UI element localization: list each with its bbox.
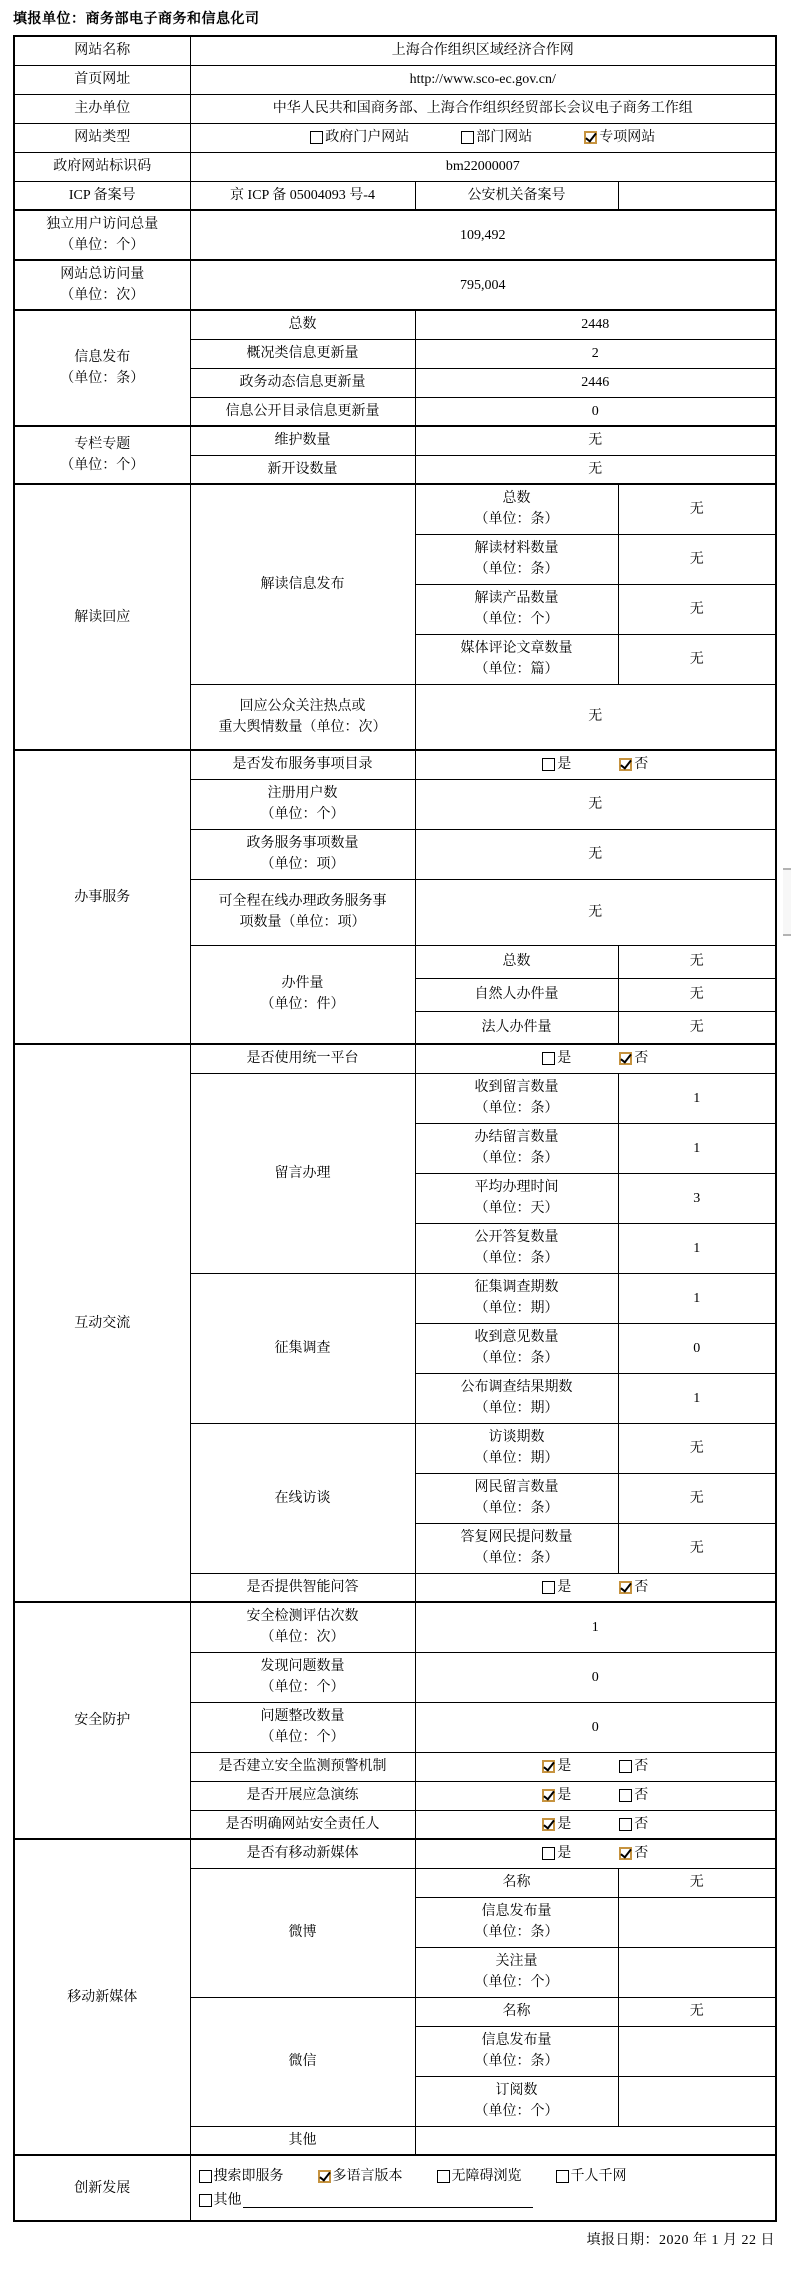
messages-completed-label-line: （单位：条） bbox=[419, 1148, 615, 1169]
opinions-received-value: 0 bbox=[618, 1323, 776, 1373]
public-replies-label-line: 公开答复数量 bbox=[419, 1227, 615, 1248]
monitoring-mechanism-no-label: 否 bbox=[634, 1756, 648, 1777]
weibo-posts-value bbox=[618, 1897, 776, 1947]
security-officer-no-checkbox-icon bbox=[619, 1818, 632, 1831]
hotspot-response-value: 无 bbox=[415, 684, 776, 750]
checkbox-row: 是否 bbox=[419, 1756, 773, 1777]
report-table: 网站名称上海合作组织区域经济合作网首页网址http://www.sco-ec.g… bbox=[13, 35, 777, 2222]
special-column-group-line: 专栏专题 bbox=[18, 434, 187, 455]
unique-visitors-label-line: 独立用户访问总量 bbox=[18, 214, 187, 235]
public-replies-label: 公开答复数量（单位：条） bbox=[415, 1223, 618, 1273]
checkbox-personalized-web[interactable]: 千人千网 bbox=[556, 2166, 627, 2187]
opinions-received-label: 收到意见数量（单位：条） bbox=[415, 1323, 618, 1373]
questions-answered-label-line: （单位：条） bbox=[419, 1548, 615, 1569]
wechat-name-value: 无 bbox=[618, 1997, 776, 2026]
checkbox-smart-qa-no[interactable]: 否 bbox=[619, 1577, 648, 1598]
search-as-service-checkbox-icon bbox=[199, 2170, 212, 2183]
hotspot-response-label-line: 重大舆情数量（单位：次） bbox=[194, 717, 412, 738]
survey-results-value: 1 bbox=[618, 1373, 776, 1423]
unified-platform-yes-checkbox-icon bbox=[542, 1052, 555, 1065]
case-volume-group: 办件量（单位：件） bbox=[190, 945, 415, 1044]
table-row: 独立用户访问总量（单位：个）109,492 bbox=[14, 210, 776, 260]
messages-received-label-line: （单位：条） bbox=[419, 1098, 615, 1119]
interview-periods-label-line: （单位：期） bbox=[419, 1448, 615, 1469]
message-handling-group: 留言办理 bbox=[190, 1073, 415, 1273]
opinions-received-label-line: 收到意见数量 bbox=[419, 1327, 615, 1348]
service-items-label: 政务服务事项数量（单位：项） bbox=[190, 829, 415, 879]
messages-completed-value: 1 bbox=[618, 1123, 776, 1173]
checkbox-has-mobile-media-no[interactable]: 否 bbox=[619, 1843, 648, 1864]
emergency-drill-no-label: 否 bbox=[634, 1785, 648, 1806]
monitoring-mechanism-yes-label: 是 bbox=[557, 1756, 571, 1777]
monitoring-mechanism-no-checkbox-icon bbox=[619, 1760, 632, 1773]
unified-platform-yes-label: 是 bbox=[557, 1048, 571, 1069]
online-service-items-value: 无 bbox=[415, 879, 776, 945]
checkbox-multilingual-version[interactable]: 多语言版本 bbox=[318, 2166, 403, 2187]
personalized-web-label: 千人千网 bbox=[571, 2166, 627, 2187]
checkbox-row: 是否 bbox=[419, 1785, 773, 1806]
case-total-value: 无 bbox=[618, 945, 776, 978]
icp-number-label: ICP 备案号 bbox=[14, 181, 190, 210]
security-officer: 是否 bbox=[415, 1810, 776, 1839]
questions-answered-value: 无 bbox=[618, 1523, 776, 1573]
info-release-group-line: （单位：条） bbox=[18, 368, 187, 389]
emergency-drill-yes-checkbox-icon bbox=[542, 1789, 555, 1802]
wechat-posts-label-line: （单位：条） bbox=[419, 2051, 615, 2072]
interp-material-label-line: （单位：条） bbox=[419, 559, 615, 580]
interp-material-value: 无 bbox=[618, 534, 776, 584]
total-visits-label-line: （单位：次） bbox=[18, 285, 187, 306]
weibo-followers-label: 关注量（单位：个） bbox=[415, 1947, 618, 1997]
police-record-label: 公安机关备案号 bbox=[415, 181, 618, 210]
netizen-messages-label: 网民留言数量（单位：条） bbox=[415, 1473, 618, 1523]
wechat-posts-label-line: 信息发布量 bbox=[419, 2030, 615, 2051]
checkbox-search-as-service[interactable]: 搜索即服务 bbox=[199, 2166, 284, 2187]
wechat-posts-value bbox=[618, 2026, 776, 2076]
accessible-browsing-label: 无障碍浏览 bbox=[452, 2166, 522, 2187]
total-visits-value: 795,004 bbox=[190, 260, 776, 310]
avg-handle-time-label-line: （单位：天） bbox=[419, 1198, 615, 1219]
messages-completed-label-line: 办结留言数量 bbox=[419, 1127, 615, 1148]
avg-handle-time-label: 平均办理时间（单位：天） bbox=[415, 1173, 618, 1223]
table-row: 网站类型政府门户网站部门网站专项网站 bbox=[14, 123, 776, 152]
info-total-label: 总数 bbox=[190, 310, 415, 339]
service-directory-no-checkbox-icon bbox=[619, 758, 632, 771]
report-date: 填报日期：2020 年 1 月 22 日 bbox=[13, 2229, 775, 2249]
legal-person-cases-value: 无 bbox=[618, 1011, 776, 1044]
has-mobile-media: 是否 bbox=[415, 1839, 776, 1868]
online-service-items-label-line: 项数量（单位：项） bbox=[194, 912, 412, 933]
interaction-group: 互动交流 bbox=[14, 1044, 190, 1602]
multilingual-version-label: 多语言版本 bbox=[333, 2166, 403, 2187]
media-comment-label-line: 媒体评论文章数量 bbox=[419, 638, 615, 659]
weibo-posts-label: 信息发布量（单位：条） bbox=[415, 1897, 618, 1947]
checkbox-accessible-browsing[interactable]: 无障碍浏览 bbox=[437, 2166, 522, 2187]
table-row: 主办单位中华人民共和国商务部、上海合作组织经贸部长会议电子商务工作组 bbox=[14, 94, 776, 123]
problems-fixed-value: 0 bbox=[415, 1702, 776, 1752]
innovation-other-checkbox-icon bbox=[199, 2194, 212, 2207]
online-service-items-label-line: 可全程在线办理政务服务事 bbox=[194, 891, 412, 912]
table-row: 信息发布（单位：条）总数2448 bbox=[14, 310, 776, 339]
security-checks-label-line: （单位：次） bbox=[194, 1627, 412, 1648]
smart-qa-yes-checkbox-icon bbox=[542, 1581, 555, 1594]
interp-total-label-line: 总数 bbox=[419, 488, 615, 509]
natural-person-cases-label: 自然人办件量 bbox=[415, 978, 618, 1011]
interp-material-label-line: 解读材料数量 bbox=[419, 538, 615, 559]
innovation-group: 创新发展 bbox=[14, 2155, 190, 2221]
problems-found-value: 0 bbox=[415, 1652, 776, 1702]
wechat-subscribers-value bbox=[618, 2076, 776, 2126]
interp-product-label-line: 解读产品数量 bbox=[419, 588, 615, 609]
checkbox-unified-platform-yes[interactable]: 是 bbox=[542, 1048, 571, 1069]
interpretation-release-group: 解读信息发布 bbox=[190, 484, 415, 684]
mobile-media-group: 移动新媒体 bbox=[14, 1839, 190, 2155]
has-mobile-media-no-label: 否 bbox=[634, 1843, 648, 1864]
checkbox-department-site[interactable]: 部门网站 bbox=[461, 127, 532, 148]
smart-qa-label: 是否提供智能问答 bbox=[190, 1573, 415, 1602]
interp-product-value: 无 bbox=[618, 584, 776, 634]
checkbox-smart-qa-yes[interactable]: 是 bbox=[542, 1577, 571, 1598]
survey-periods-value: 1 bbox=[618, 1273, 776, 1323]
table-row: 办事服务是否发布服务事项目录是否 bbox=[14, 750, 776, 779]
gov-portal-site-checkbox-icon bbox=[310, 131, 323, 144]
public-replies-label-line: （单位：条） bbox=[419, 1248, 615, 1269]
site-name-label: 网站名称 bbox=[14, 36, 190, 65]
checkbox-monitoring-mechanism-yes[interactable]: 是 bbox=[542, 1756, 571, 1777]
registered-users-label: 注册用户数（单位：个） bbox=[190, 779, 415, 829]
service-directory-no-label: 否 bbox=[634, 754, 648, 775]
checkbox-monitoring-mechanism-no[interactable]: 否 bbox=[619, 1756, 648, 1777]
natural-person-cases-value: 无 bbox=[618, 978, 776, 1011]
service-group: 办事服务 bbox=[14, 750, 190, 1044]
unique-visitors-label: 独立用户访问总量（单位：个） bbox=[14, 210, 190, 260]
info-release-group: 信息发布（单位：条） bbox=[14, 310, 190, 426]
checkbox-emergency-drill-yes[interactable]: 是 bbox=[542, 1785, 571, 1806]
checkbox-row: 搜索即服务多语言版本无障碍浏览千人千网 bbox=[194, 2166, 773, 2187]
weibo-followers-value bbox=[618, 1947, 776, 1997]
table-row: 首页网址http://www.sco-ec.gov.cn/ bbox=[14, 65, 776, 94]
gov-news-update-value: 2446 bbox=[415, 368, 776, 397]
checkbox-unified-platform-no[interactable]: 否 bbox=[619, 1048, 648, 1069]
problems-found-label: 发现问题数量（单位：个） bbox=[190, 1652, 415, 1702]
registered-users-label-line: （单位：个） bbox=[194, 804, 412, 825]
weibo-posts-label-line: 信息发布量 bbox=[419, 1901, 615, 1922]
table-row: 政府网站标识码bm22000007 bbox=[14, 152, 776, 181]
checkbox-innovation-other[interactable]: 其他 bbox=[199, 2190, 533, 2211]
icp-number-value: 京 ICP 备 05004093 号-4 bbox=[190, 181, 415, 210]
table-row: 移动新媒体是否有移动新媒体是否 bbox=[14, 1839, 776, 1868]
messages-completed-label: 办结留言数量（单位：条） bbox=[415, 1123, 618, 1173]
table-row: 网站总访问量（单位：次）795,004 bbox=[14, 260, 776, 310]
security-officer-yes-checkbox-icon bbox=[542, 1818, 555, 1831]
service-directory: 是否 bbox=[415, 750, 776, 779]
unified-platform-no-checkbox-icon bbox=[619, 1052, 632, 1065]
problems-fixed-label-line: （单位：个） bbox=[194, 1727, 412, 1748]
messages-received-value: 1 bbox=[618, 1073, 776, 1123]
security-checks-label: 安全检测评估次数（单位：次） bbox=[190, 1602, 415, 1652]
service-directory-yes-checkbox-icon bbox=[542, 758, 555, 771]
netizen-messages-label-line: 网民留言数量 bbox=[419, 1477, 615, 1498]
checkbox-row: 是否 bbox=[419, 754, 773, 775]
checkbox-gov-portal-site[interactable]: 政府门户网站 bbox=[310, 127, 409, 148]
info-total-value: 2448 bbox=[415, 310, 776, 339]
table-row: 解读回应解读信息发布总数（单位：条）无 bbox=[14, 484, 776, 534]
unique-visitors-value: 109,492 bbox=[190, 210, 776, 260]
emergency-drill: 是否 bbox=[415, 1781, 776, 1810]
unified-platform: 是否 bbox=[415, 1044, 776, 1073]
multilingual-version-checkbox-icon bbox=[318, 2170, 331, 2183]
has-mobile-media-no-checkbox-icon bbox=[619, 1847, 632, 1860]
total-visits-label-line: 网站总访问量 bbox=[18, 264, 187, 285]
search-as-service-label: 搜索即服务 bbox=[214, 2166, 284, 2187]
unified-platform-label: 是否使用统一平台 bbox=[190, 1044, 415, 1073]
survey-results-label-line: 公布调查结果期数 bbox=[419, 1377, 615, 1398]
avg-handle-time-label-line: 平均办理时间 bbox=[419, 1177, 615, 1198]
checkbox-service-directory-yes[interactable]: 是 bbox=[542, 754, 571, 775]
security-checks-value: 1 bbox=[415, 1602, 776, 1652]
hotspot-response-label: 回应公众关注热点或重大舆情数量（单位：次） bbox=[190, 684, 415, 750]
checkbox-service-directory-no[interactable]: 否 bbox=[619, 754, 648, 775]
avg-handle-time-value: 3 bbox=[618, 1173, 776, 1223]
messages-received-label: 收到留言数量（单位：条） bbox=[415, 1073, 618, 1123]
wechat-group: 微信 bbox=[190, 1997, 415, 2126]
interp-material-label: 解读材料数量（单位：条） bbox=[415, 534, 618, 584]
organizer-value: 中华人民共和国商务部、上海合作组织经贸部长会议电子商务工作组 bbox=[190, 94, 776, 123]
weibo-followers-label-line: （单位：个） bbox=[419, 1972, 615, 1993]
survey-periods-label-line: 征集调查期数 bbox=[419, 1277, 615, 1298]
special-column-group: 专栏专题（单位：个） bbox=[14, 426, 190, 484]
table-row: 网站名称上海合作组织区域经济合作网 bbox=[14, 36, 776, 65]
monitoring-mechanism: 是否 bbox=[415, 1752, 776, 1781]
smart-qa: 是否 bbox=[415, 1573, 776, 1602]
checkbox-has-mobile-media-yes[interactable]: 是 bbox=[542, 1843, 571, 1864]
questions-answered-label: 答复网民提问数量（单位：条） bbox=[415, 1523, 618, 1573]
checkbox-special-site[interactable]: 专项网站 bbox=[584, 127, 655, 148]
interview-group: 在线访谈 bbox=[190, 1423, 415, 1573]
problems-fixed-label: 问题整改数量（单位：个） bbox=[190, 1702, 415, 1752]
interview-periods-label-line: 访谈期数 bbox=[419, 1427, 615, 1448]
unique-visitors-label-line: （单位：个） bbox=[18, 235, 187, 256]
site-type-options: 政府门户网站部门网站专项网站 bbox=[190, 123, 776, 152]
problems-fixed-label-line: 问题整改数量 bbox=[194, 1706, 412, 1727]
weibo-group: 微博 bbox=[190, 1868, 415, 1997]
special-site-checkbox-icon bbox=[584, 131, 597, 144]
registered-users-label-line: 注册用户数 bbox=[194, 783, 412, 804]
security-officer-no-label: 否 bbox=[634, 1814, 648, 1835]
site-id-code-label: 政府网站标识码 bbox=[14, 152, 190, 181]
other-media-value bbox=[415, 2126, 776, 2155]
survey-periods-label-line: （单位：期） bbox=[419, 1298, 615, 1319]
survey-periods-label: 征集调查期数（单位：期） bbox=[415, 1273, 618, 1323]
has-mobile-media-label: 是否有移动新媒体 bbox=[190, 1839, 415, 1868]
organizer-label: 主办单位 bbox=[14, 94, 190, 123]
gov-portal-site-label: 政府门户网站 bbox=[325, 127, 409, 148]
problems-found-label-line: 发现问题数量 bbox=[194, 1656, 412, 1677]
reporting-unit: 填报单位：商务部电子商务和信息化司 bbox=[13, 8, 775, 28]
new-opened-count-label: 新开设数量 bbox=[190, 455, 415, 484]
personalized-web-checkbox-icon bbox=[556, 2170, 569, 2183]
checkbox-row: 是否 bbox=[419, 1048, 773, 1069]
new-opened-count-value: 无 bbox=[415, 455, 776, 484]
info-release-group-line: 信息发布 bbox=[18, 347, 187, 368]
special-column-group-line: （单位：个） bbox=[18, 455, 187, 476]
table-row: 创新发展搜索即服务多语言版本无障碍浏览千人千网其他 bbox=[14, 2155, 776, 2221]
service-items-label-line: 政务服务事项数量 bbox=[194, 833, 412, 854]
checkbox-row: 政府门户网站部门网站专项网站 bbox=[194, 127, 773, 148]
interview-periods-label: 访谈期数（单位：期） bbox=[415, 1423, 618, 1473]
table-row: 安全防护安全检测评估次数（单位：次）1 bbox=[14, 1602, 776, 1652]
monitoring-mechanism-label: 是否建立安全监测预警机制 bbox=[190, 1752, 415, 1781]
annual-report-page: 填报单位：商务部电子商务和信息化司 网站名称上海合作组织区域经济合作网首页网址h… bbox=[0, 0, 792, 2249]
smart-qa-no-checkbox-icon bbox=[619, 1581, 632, 1594]
gov-news-update-label: 政务动态信息更新量 bbox=[190, 368, 415, 397]
security-officer-label: 是否明确网站安全责任人 bbox=[190, 1810, 415, 1839]
weibo-name-label: 名称 bbox=[415, 1868, 618, 1897]
service-directory-yes-label: 是 bbox=[557, 754, 571, 775]
survey-results-label: 公布调查结果期数（单位：期） bbox=[415, 1373, 618, 1423]
case-total-label: 总数 bbox=[415, 945, 618, 978]
media-comment-label-line: （单位：篇） bbox=[419, 659, 615, 680]
wechat-subscribers-label-line: 订阅数 bbox=[419, 2080, 615, 2101]
service-items-value: 无 bbox=[415, 829, 776, 879]
checkbox-security-officer-yes[interactable]: 是 bbox=[542, 1814, 571, 1835]
registered-users-value: 无 bbox=[415, 779, 776, 829]
report-table-body: 网站名称上海合作组织区域经济合作网首页网址http://www.sco-ec.g… bbox=[14, 36, 776, 2221]
site-type-label: 网站类型 bbox=[14, 123, 190, 152]
opinions-received-label-line: （单位：条） bbox=[419, 1348, 615, 1369]
security-group: 安全防护 bbox=[14, 1602, 190, 1839]
overview-update-value: 2 bbox=[415, 339, 776, 368]
department-site-checkbox-icon bbox=[461, 131, 474, 144]
has-mobile-media-yes-checkbox-icon bbox=[542, 1847, 555, 1860]
site-id-code-value: bm22000007 bbox=[190, 152, 776, 181]
has-mobile-media-yes-label: 是 bbox=[557, 1843, 571, 1864]
netizen-messages-value: 无 bbox=[618, 1473, 776, 1523]
netizen-messages-label-line: （单位：条） bbox=[419, 1498, 615, 1519]
emergency-drill-yes-label: 是 bbox=[557, 1785, 571, 1806]
wechat-name-label: 名称 bbox=[415, 1997, 618, 2026]
checkbox-emergency-drill-no[interactable]: 否 bbox=[619, 1785, 648, 1806]
table-row: 专栏专题（单位：个）维护数量无 bbox=[14, 426, 776, 455]
scrollbar-thumb[interactable] bbox=[783, 868, 791, 936]
interpretation-group: 解读回应 bbox=[14, 484, 190, 750]
homepage-url-label: 首页网址 bbox=[14, 65, 190, 94]
messages-received-label-line: 收到留言数量 bbox=[419, 1077, 615, 1098]
case-volume-group-line: 办件量 bbox=[194, 973, 412, 994]
online-service-items-label: 可全程在线办理政务服务事项数量（单位：项） bbox=[190, 879, 415, 945]
case-volume-group-line: （单位：件） bbox=[194, 994, 412, 1015]
police-record-value bbox=[618, 181, 776, 210]
legal-person-cases-label: 法人办件量 bbox=[415, 1011, 618, 1044]
innovation-options: 搜索即服务多语言版本无障碍浏览千人千网其他 bbox=[190, 2155, 776, 2221]
total-visits-label: 网站总访问量（单位：次） bbox=[14, 260, 190, 310]
interview-periods-value: 无 bbox=[618, 1423, 776, 1473]
survey-group: 征集调查 bbox=[190, 1273, 415, 1423]
site-name-value: 上海合作组织区域经济合作网 bbox=[190, 36, 776, 65]
checkbox-row: 是否 bbox=[419, 1577, 773, 1598]
emergency-drill-label: 是否开展应急演练 bbox=[190, 1781, 415, 1810]
problems-found-label-line: （单位：个） bbox=[194, 1677, 412, 1698]
security-officer-yes-label: 是 bbox=[557, 1814, 571, 1835]
wechat-subscribers-label-line: （单位：个） bbox=[419, 2101, 615, 2122]
media-comment-label: 媒体评论文章数量（单位：篇） bbox=[415, 634, 618, 684]
monitoring-mechanism-yes-checkbox-icon bbox=[542, 1760, 555, 1773]
wechat-posts-label: 信息发布量（单位：条） bbox=[415, 2026, 618, 2076]
security-checks-label-line: 安全检测评估次数 bbox=[194, 1606, 412, 1627]
interp-product-label: 解读产品数量（单位：个） bbox=[415, 584, 618, 634]
interp-total-label: 总数（单位：条） bbox=[415, 484, 618, 534]
other-media-label: 其他 bbox=[190, 2126, 415, 2155]
checkbox-row: 是否 bbox=[419, 1843, 773, 1864]
service-directory-label: 是否发布服务事项目录 bbox=[190, 750, 415, 779]
survey-results-label-line: （单位：期） bbox=[419, 1398, 615, 1419]
accessible-browsing-checkbox-icon bbox=[437, 2170, 450, 2183]
media-comment-value: 无 bbox=[618, 634, 776, 684]
overview-update-label: 概况类信息更新量 bbox=[190, 339, 415, 368]
table-row: 互动交流是否使用统一平台是否 bbox=[14, 1044, 776, 1073]
interp-product-label-line: （单位：个） bbox=[419, 609, 615, 630]
emergency-drill-no-checkbox-icon bbox=[619, 1789, 632, 1802]
smart-qa-yes-label: 是 bbox=[557, 1577, 571, 1598]
weibo-name-value: 无 bbox=[618, 1868, 776, 1897]
wechat-subscribers-label: 订阅数（单位：个） bbox=[415, 2076, 618, 2126]
special-site-label: 专项网站 bbox=[599, 127, 655, 148]
checkbox-row: 是否 bbox=[419, 1814, 773, 1835]
questions-answered-label-line: 答复网民提问数量 bbox=[419, 1527, 615, 1548]
maintained-count-label: 维护数量 bbox=[190, 426, 415, 455]
table-row: ICP 备案号京 ICP 备 05004093 号-4公安机关备案号 bbox=[14, 181, 776, 210]
innovation-other-blank-line bbox=[243, 2192, 533, 2208]
weibo-posts-label-line: （单位：条） bbox=[419, 1922, 615, 1943]
weibo-followers-label-line: 关注量 bbox=[419, 1951, 615, 1972]
smart-qa-no-label: 否 bbox=[634, 1577, 648, 1598]
innovation-other-label: 其他 bbox=[214, 2190, 242, 2211]
hotspot-response-label-line: 回应公众关注热点或 bbox=[194, 696, 412, 717]
service-items-label-line: （单位：项） bbox=[194, 854, 412, 875]
open-catalog-update-value: 0 bbox=[415, 397, 776, 426]
public-replies-value: 1 bbox=[618, 1223, 776, 1273]
homepage-url-value: http://www.sco-ec.gov.cn/ bbox=[190, 65, 776, 94]
maintained-count-value: 无 bbox=[415, 426, 776, 455]
interp-total-value: 无 bbox=[618, 484, 776, 534]
interp-total-label-line: （单位：条） bbox=[419, 509, 615, 530]
department-site-label: 部门网站 bbox=[476, 127, 532, 148]
checkbox-row: 其他 bbox=[194, 2190, 773, 2211]
unified-platform-no-label: 否 bbox=[634, 1048, 648, 1069]
checkbox-security-officer-no[interactable]: 否 bbox=[619, 1814, 648, 1835]
open-catalog-update-label: 信息公开目录信息更新量 bbox=[190, 397, 415, 426]
